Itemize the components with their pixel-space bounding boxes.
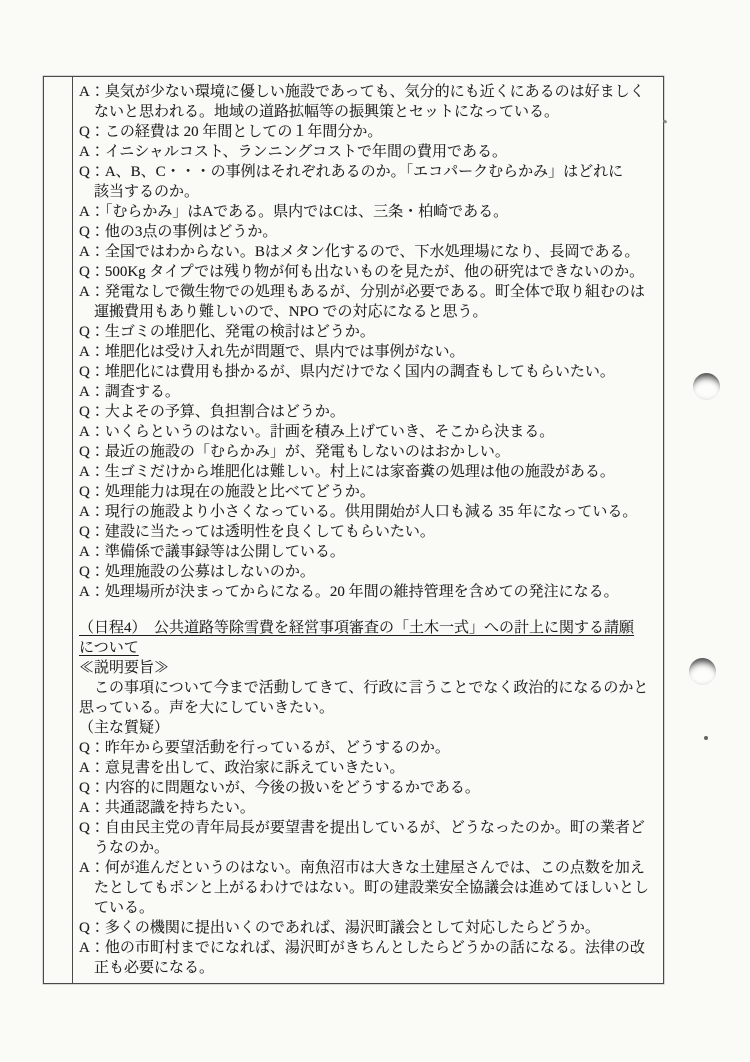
left-margin-column <box>44 77 73 983</box>
doc-line: （日程4） 公共道路等除雪費を経営事項審査の「土木一式」への計上に関する請願 <box>79 618 660 638</box>
agenda4-section: （日程4） 公共道路等除雪費を経営事項審査の「土木一式」への計上に関する請願につ… <box>79 618 660 978</box>
scanned-document-page: A：臭気が少ない環境に優しい施設であっても、気分的にも近くにあるのは好ましくない… <box>0 0 750 1062</box>
doc-line: A：処理場所が決まってからになる。20 年間の維持管理を含めての発注になる。 <box>79 582 660 602</box>
ink-dot <box>704 736 708 740</box>
doc-line: Q：昨年から要望活動を行っているが、どうするのか。 <box>79 738 660 758</box>
doc-line: ないと思われる。地域の道路拡幅等の振興策とセットになっている。 <box>79 102 660 122</box>
doc-line: Q：自由民主党の青年局長が要望書を提出しているが、どうなったのか。町の業者ど <box>79 818 660 838</box>
doc-line: A：生ゴミだけから堆肥化は難しい。村上には家畜糞の処理は他の施設がある。 <box>79 462 660 482</box>
doc-line: Q：他の3点の事例はどうか。 <box>79 222 660 242</box>
doc-line: Q：A、B、C・・・の事例はそれぞれあるのか。「エコパークむらかみ」はどれに <box>79 162 660 182</box>
doc-line: A：イニシャルコスト、ランニングコストで年間の費用である。 <box>79 142 660 162</box>
doc-line: A：臭気が少ない環境に優しい施設であっても、気分的にも近くにあるのは好ましく <box>79 82 660 102</box>
doc-line: Q：最近の施設の「むらかみ」が、発電もしないのはおかしい。 <box>79 442 660 462</box>
doc-line: 該当するのか。 <box>79 182 660 202</box>
punch-hole-shadow-top <box>693 373 720 400</box>
doc-line: うなのか。 <box>79 838 660 858</box>
doc-line: たとしてもポンと上がるわけではない。町の建設業安全協議会は進めてほしいとし <box>79 878 660 898</box>
doc-line: Q：処理施設の公募はしないのか。 <box>79 562 660 582</box>
doc-line: Q：多くの機関に提出いくのであれば、湯沢町議会として対応したらどうか。 <box>79 918 660 938</box>
document-border-frame: A：臭気が少ない環境に優しい施設であっても、気分的にも近くにあるのは好ましくない… <box>43 76 664 984</box>
doc-line: Q：堆肥化には費用も掛かるが、県内だけでなく国内の調査もしてもらいたい。 <box>79 362 660 382</box>
doc-line: Q：処理能力は現在の施設と比べてどうか。 <box>79 482 660 502</box>
doc-line: 正も必要になる。 <box>79 958 660 978</box>
doc-line: （主な質疑） <box>79 718 660 738</box>
doc-line: A：調査する。 <box>79 382 660 402</box>
doc-line: A：意見書を出して、政治家に訴えていきたい。 <box>79 758 660 778</box>
doc-line: A：何が進んだというのはない。南魚沼市は大きな土建屋さんでは、この点数を加え <box>79 858 660 878</box>
doc-line: A：堆肥化は受け入れ先が問題で、県内では事例がない。 <box>79 342 660 362</box>
doc-line: A：発電なしで微生物での処理もあるが、分別が必要である。町全体で取り組むのは <box>79 282 660 302</box>
doc-line: A：現行の施設より小さくなっている。供用開始が人口も減る 35 年になっている。 <box>79 502 660 522</box>
section-gap <box>79 602 660 618</box>
doc-line: Q：建設に当たっては透明性を良くしてもらいたい。 <box>79 522 660 542</box>
punch-hole-shadow-bottom <box>689 658 716 685</box>
doc-line: Q：内容的に問題ないが、今後の扱いをどうするかである。 <box>79 778 660 798</box>
doc-line: ≪説明要旨≫ <box>79 658 660 678</box>
doc-line: この事項について今まで活動してきて、行政に言うことでなく政治的になるのかと <box>79 678 660 698</box>
doc-line: Q：大よその予算、負担割合はどうか。 <box>79 402 660 422</box>
doc-line: Q：生ゴミの堆肥化、発電の検討はどうか。 <box>79 322 660 342</box>
doc-line: について <box>79 638 660 658</box>
doc-line: A：全国ではわからない。Bはメタン化するので、下水処理場になり、長岡である。 <box>79 242 660 262</box>
qa-section: A：臭気が少ない環境に優しい施設であっても、気分的にも近くにあるのは好ましくない… <box>79 82 660 602</box>
doc-line: A：他の市町村までになれば、湯沢町がきちんとしたらどうかの話になる。法律の改 <box>79 938 660 958</box>
doc-line: ている。 <box>79 898 660 918</box>
doc-line: A：準備係で議事録等は公開している。 <box>79 542 660 562</box>
doc-line: Q：500Kg タイプでは残り物が何も出ないものを見たが、他の研究はできないのか… <box>79 262 660 282</box>
doc-line: A：共通認識を持ちたい。 <box>79 798 660 818</box>
doc-line: 運搬費用もあり難しいので、NPO での対応になると思う。 <box>79 302 660 322</box>
doc-line: A：「むらかみ」はAである。県内ではCは、三条・柏崎である。 <box>79 202 660 222</box>
doc-line: Q：この経費は 20 年間としての１年間分か。 <box>79 122 660 142</box>
document-content: A：臭気が少ない環境に優しい施設であっても、気分的にも近くにあるのは好ましくない… <box>73 77 663 983</box>
doc-line: A：いくらというのはない。計画を積み上げていき、そこから決まる。 <box>79 422 660 442</box>
doc-line: 思っている。声を大にしていきたい。 <box>79 698 660 718</box>
